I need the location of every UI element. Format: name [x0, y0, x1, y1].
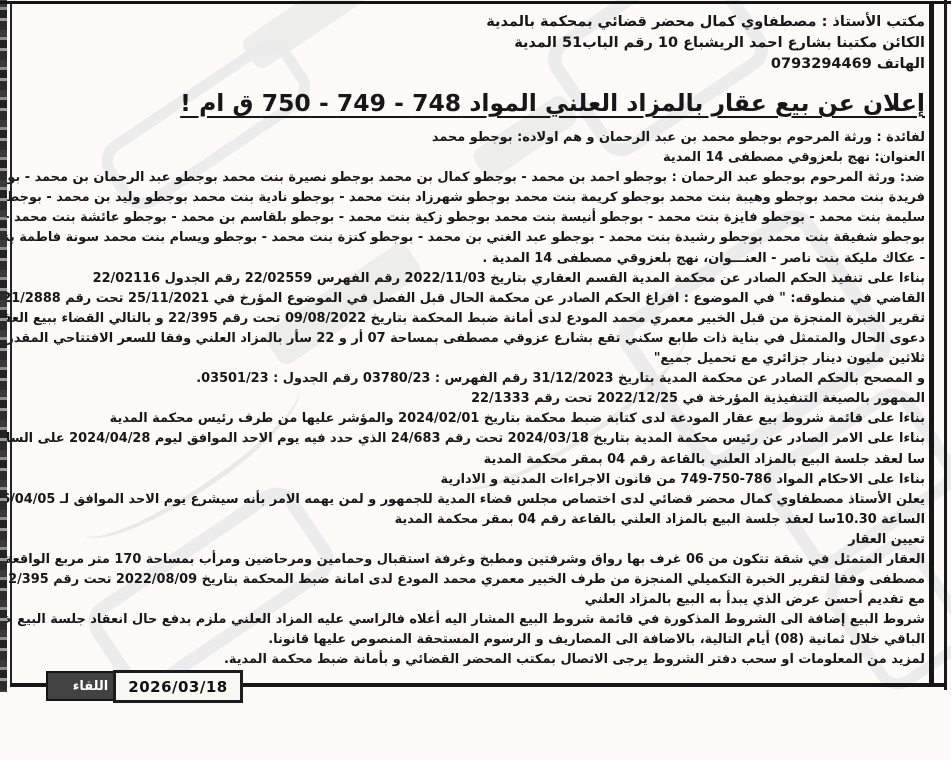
date-stamp: 2026/03/18	[113, 670, 243, 703]
body-line: الممهور بالصيغة التنفيذية المؤرخة في 202…	[16, 389, 925, 409]
notice-body: لفائدة : ورثة المرحوم بوجطو محمد بن عبد …	[16, 128, 925, 671]
body-line: الباقي خلال ثمانية (08) أيام التالية، با…	[16, 630, 925, 650]
body-line: تقرير الخبرة المنجزة من قبل الخبير معمري…	[16, 309, 925, 329]
body-line: بناءا على تنفيذ الحكم الصادر عن محكمة ال…	[16, 269, 925, 289]
body-line: مصطفى وفقا لتقرير الخبرة التكميلي المنجز…	[16, 570, 925, 590]
body-line: لمزيد من المعلومات او سحب دفتر الشروط ير…	[16, 650, 925, 670]
office-address-line: الكائن مكتبنا بشارع احمد الريشباع 10 رقم…	[16, 33, 925, 54]
frame-border-top	[0, 1, 951, 4]
date-stamp-value: 2026/03/18	[128, 678, 227, 696]
office-name-line: مكتب الأستاذ : مصطفاوي كمال محضر قضائي ب…	[16, 12, 925, 33]
office-phone-line: الهاتف 0793294469	[16, 54, 925, 75]
notice-title: إعلان عن بيع عقار بالمزاد العلني المواد …	[16, 89, 925, 117]
body-line: لفائدة : ورثة المرحوم بوجطو محمد بن عبد …	[16, 128, 925, 148]
body-line: - عكاك مليكة بنت ناصر - العنـــوان، نهج …	[16, 249, 925, 269]
body-line: مع تقديم أحسن عرض الذي يبدأ به البيع بال…	[16, 590, 925, 610]
body-line: بناءا على قائمة شروط بيع عقار المودعة لد…	[16, 409, 925, 429]
body-line: تعيين العقار	[16, 530, 925, 550]
body-line: سا لعقد جلسة البيع بالمزاد العلني بالقاع…	[16, 450, 925, 470]
scan-edge-artifact	[0, 0, 7, 692]
body-line: القاضي في منطوقه: " في الموضوع : افراغ ا…	[16, 289, 925, 309]
frame-border-right-inner	[929, 1, 934, 687]
body-line: شروط البيع إضافة الى الشروط المذكورة في …	[16, 610, 925, 630]
body-line: بناءا على الامر الصادر عن رئيس محكمة الم…	[16, 429, 925, 449]
notice-content: مكتب الأستاذ : مصطفاوي كمال محضر قضائي ب…	[16, 0, 925, 671]
body-line: دعوى الحال والمتمثل في بناية ذات طابع سك…	[16, 329, 925, 349]
body-line: يعلن الأستاذ مصطفاوي كمال محضر قضائي لدى…	[16, 490, 925, 510]
body-line: الساعة 10.30سا لعقد جلسة البيع بالمزاد ا…	[16, 510, 925, 530]
body-line: ثلاثين مليون دينار جزائري مع تحميل جميع"	[16, 349, 925, 369]
body-line: و المصحح بالحكم الصادر عن محكمة المدية ب…	[16, 369, 925, 389]
scanned-auction-notice: مكتب الأستاذ : مصطفاوي كمال محضر قضائي ب…	[0, 0, 951, 760]
office-header: مكتب الأستاذ : مصطفاوي كمال محضر قضائي ب…	[16, 12, 925, 75]
body-line: فريدة بنت محمد بوجطو وهيبة بنت محمد بوجط…	[16, 188, 925, 208]
body-line: بوجطو شفيقة بنت محمد بوجطو رشيدة بنت محم…	[16, 228, 925, 248]
body-line: ضد: ورثة المرحوم بوجطو عبد الرحمان : بوج…	[16, 168, 925, 188]
frame-border-right-outer	[944, 0, 947, 690]
frame-border-left	[10, 2, 12, 686]
body-line: العنوان: نهج بلعزوقي مصطفى 14 المدية	[16, 148, 925, 168]
body-line: العقار المتمثل في شقة تتكون من 06 غرف به…	[16, 550, 925, 570]
body-line: سليمة بنت محمد - بوجطو فايزة بنت محمد - …	[16, 208, 925, 228]
session-stamp-label: اللقاء	[73, 679, 109, 694]
body-line: بناءا على الاحكام المواد 786-750-749 من …	[16, 470, 925, 490]
